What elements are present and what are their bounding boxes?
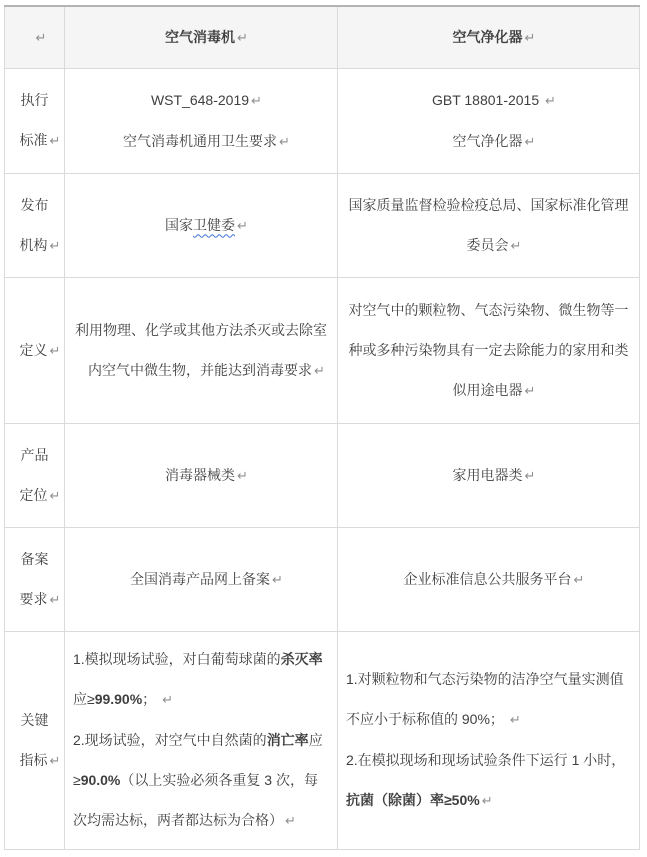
paragraph: 发布机构↵	[19, 185, 50, 266]
row-label-cell[interactable]: 发布机构↵	[5, 173, 65, 277]
text-run: 全国消毒产品网上备案	[130, 571, 270, 587]
paragraph: 1.模拟现场试验，对白葡萄球菌的杀灭率应≥99.90%； ↵	[73, 639, 329, 720]
text-run: 消亡率	[267, 732, 309, 748]
text-run: 2.现场试验，对空气中自然菌的	[73, 732, 267, 748]
text-run: 定义	[20, 342, 48, 358]
text-run: 国家质量监督检验检疫总局、国家标准化管理委员会	[349, 197, 629, 253]
text-run: 对空气中的颗粒物、气态污染物、微生物等一种或多种污染物具有一定去除能力的家用和类…	[349, 302, 629, 398]
paragraph: 全国消毒产品网上备案↵	[73, 559, 329, 600]
text-run: 利用物理、化学或其他方法杀灭或去除室内空气中微生物，并能达到消毒要求	[75, 322, 327, 378]
text-run: 杀灭率	[281, 651, 323, 667]
text-run: 空气净化器	[453, 29, 523, 45]
content-cell[interactable]: 国家卫健委↵	[65, 173, 338, 277]
table-row: 关键指标↵1.模拟现场试验，对白葡萄球菌的杀灭率应≥99.90%； ↵2.现场试…	[5, 631, 640, 849]
table-row: 产品定位↵消毒器械类↵家用电器类↵	[5, 423, 640, 527]
text-run: 2.在模拟现场和现场试验条件下运行 1 小时，	[346, 752, 625, 768]
content-cell[interactable]: 企业标准信息公共服务平台↵	[338, 527, 640, 631]
paragraph: 空气消毒机通用卫生要求↵	[73, 121, 329, 162]
content-cell[interactable]: 1.对颗粒物和气态污染物的洁净空气量实测值不应小于标称值的 90%； ↵2.在模…	[338, 631, 640, 849]
row-label-cell[interactable]: 备案要求↵	[5, 527, 65, 631]
paragraph: 关键指标↵	[19, 700, 50, 781]
text-run: 家用电器类	[453, 467, 523, 483]
text-run: 国家	[165, 217, 193, 233]
text-run: 应≥	[73, 691, 95, 707]
content-cell[interactable]: WST_648-2019↵空气消毒机通用卫生要求↵	[65, 68, 338, 173]
row-label-cell[interactable]: 产品定位↵	[5, 423, 65, 527]
text-run: 空气净化器	[453, 133, 523, 149]
text-run: 发布机构	[20, 197, 49, 253]
paragraph: 空气净化器↵	[346, 121, 631, 162]
table-row: 发布机构↵国家卫健委↵国家质量监督检验检疫总局、国家标准化管理委员会↵	[5, 173, 640, 277]
paragraph: GBT 18801-2015 ↵	[346, 80, 631, 121]
content-cell[interactable]: 家用电器类↵	[338, 423, 640, 527]
table-row: 执行标准↵WST_648-2019↵空气消毒机通用卫生要求↵GBT 18801-…	[5, 68, 640, 173]
text-run: 空气消毒机通用卫生要求	[123, 133, 277, 149]
header-row: ↵空气消毒机↵空气净化器↵	[5, 6, 640, 68]
paragraph: 产品定位↵	[19, 435, 50, 516]
paragraph: 1.对颗粒物和气态污染物的洁净空气量实测值不应小于标称值的 90%； ↵	[346, 659, 631, 740]
paragraph: 国家质量监督检验检疫总局、国家标准化管理委员会↵	[346, 185, 631, 266]
text-run: GBT 18801-2015	[432, 92, 543, 108]
paragraph: 定义↵	[19, 330, 50, 371]
header-cell[interactable]: 空气消毒机↵	[65, 6, 338, 68]
paragraph: 家用电器类↵	[346, 455, 631, 496]
comparison-table: ↵空气消毒机↵空气净化器↵执行标准↵WST_648-2019↵空气消毒机通用卫生…	[4, 5, 640, 850]
text-run: 关键指标	[20, 712, 49, 768]
content-cell[interactable]: 对空气中的颗粒物、气态污染物、微生物等一种或多种污染物具有一定去除能力的家用和类…	[338, 277, 640, 423]
text-run: 90.0%	[81, 772, 121, 788]
text-run: 抗菌（除菌）率≥50%	[346, 792, 480, 808]
content-cell[interactable]: 消毒器械类↵	[65, 423, 338, 527]
text-run: 99.90%	[95, 691, 142, 707]
comparison-table-body: ↵空气消毒机↵空气净化器↵执行标准↵WST_648-2019↵空气消毒机通用卫生…	[5, 6, 640, 849]
text-run: 消毒器械类	[165, 467, 235, 483]
paragraph: 国家卫健委↵	[73, 205, 329, 246]
content-cell[interactable]: 1.模拟现场试验，对白葡萄球菌的杀灭率应≥99.90%； ↵2.现场试验，对空气…	[65, 631, 338, 849]
table-row: 备案要求↵全国消毒产品网上备案↵企业标准信息公共服务平台↵	[5, 527, 640, 631]
paragraph: 空气净化器↵	[346, 17, 631, 58]
paragraph: 企业标准信息公共服务平台↵	[346, 559, 631, 600]
paragraph: ↵	[13, 17, 56, 58]
content-cell[interactable]: GBT 18801-2015 ↵空气净化器↵	[338, 68, 640, 173]
row-label-cell[interactable]: 关键指标↵	[5, 631, 65, 849]
header-cell[interactable]: 空气净化器↵	[338, 6, 640, 68]
paragraph: 备案要求↵	[19, 539, 50, 620]
content-cell[interactable]: 全国消毒产品网上备案↵	[65, 527, 338, 631]
document-page: ↵空气消毒机↵空气净化器↵执行标准↵WST_648-2019↵空气消毒机通用卫生…	[0, 0, 647, 857]
text-run: 执行标准	[20, 92, 49, 148]
text-run: 1.对颗粒物和气态污染物的洁净空气量实测值不应小于标称值的 90%；	[346, 671, 624, 727]
paragraph: 消毒器械类↵	[73, 455, 329, 496]
text-run: 1.模拟现场试验，对白葡萄球菌的	[73, 651, 281, 667]
text-run: 产品定位	[20, 447, 49, 503]
content-cell[interactable]: 利用物理、化学或其他方法杀灭或去除室内空气中微生物，并能达到消毒要求↵	[65, 277, 338, 423]
header-cell[interactable]: ↵	[5, 6, 65, 68]
paragraph: 对空气中的颗粒物、气态污染物、微生物等一种或多种污染物具有一定去除能力的家用和类…	[346, 290, 631, 411]
paragraph: 利用物理、化学或其他方法杀灭或去除室内空气中微生物，并能达到消毒要求↵	[73, 310, 329, 391]
text-run: 备案要求	[20, 551, 49, 607]
row-label-cell[interactable]: 执行标准↵	[5, 68, 65, 173]
paragraph: 执行标准↵	[19, 80, 50, 161]
paragraph: 2.现场试验，对空气中自然菌的消亡率应≥90.0%（以上实验必须各重复 3 次，…	[73, 720, 329, 841]
table-row: 定义↵利用物理、化学或其他方法杀灭或去除室内空气中微生物，并能达到消毒要求↵对空…	[5, 277, 640, 423]
text-run: ；	[142, 691, 160, 707]
spellcheck-text-run: 卫健委	[193, 217, 235, 233]
text-run: WST_648-2019	[151, 92, 249, 108]
paragraph: 空气消毒机↵	[73, 17, 329, 58]
paragraph: 2.在模拟现场和现场试验条件下运行 1 小时，抗菌（除菌）率≥50%↵	[346, 740, 631, 821]
text-run: 空气消毒机	[165, 29, 235, 45]
content-cell[interactable]: 国家质量监督检验检疫总局、国家标准化管理委员会↵	[338, 173, 640, 277]
text-run: 企业标准信息公共服务平台	[404, 571, 572, 587]
paragraph: WST_648-2019↵	[73, 80, 329, 121]
row-label-cell[interactable]: 定义↵	[5, 277, 65, 423]
